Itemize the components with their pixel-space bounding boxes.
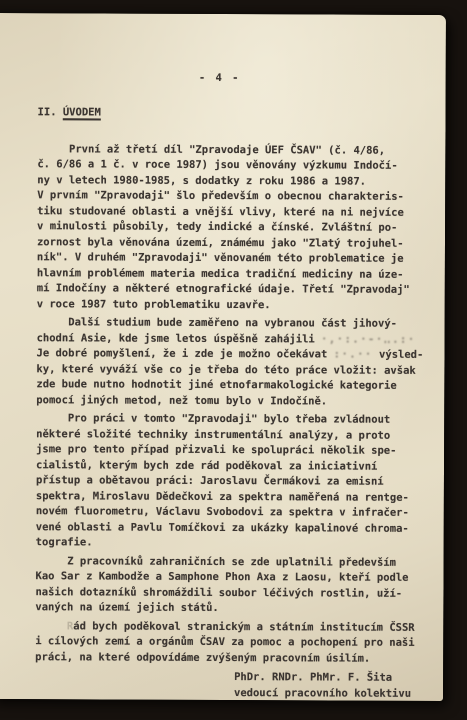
paragraph-5: Rád bych poděkoval stranickým a státním … — [35, 619, 435, 667]
text-line: Kao Sar z Kambodže a Samphone Phon Axa z… — [36, 569, 436, 586]
erased-text: ·,·:.·-·‥.:· — [321, 333, 416, 345]
section-heading-title: ÚVODEM — [63, 106, 101, 118]
text-segment: ád bych poděkoval stranickým a státním i… — [73, 620, 414, 633]
paragraph-4: Z pracovníků zahraničních se zde uplatni… — [35, 554, 435, 618]
text-line: č. 6/86 a 1 č. v roce 1987) jsou věnován… — [37, 157, 437, 174]
erased-text: :·.·· — [334, 348, 373, 360]
text-line: První až třetí díl "Zpravodaje ÚEF ČSAV"… — [37, 142, 437, 159]
text-line: novém fluorometru, Václavu Svobodovi za … — [36, 504, 436, 521]
signature-name: PhDr. RNDr. PhMr. F. Šita — [234, 670, 435, 686]
text-line: tiku studované oblasti a vnější vlivy, k… — [37, 204, 437, 221]
section-heading-number: II. — [38, 106, 63, 118]
text-segment: chodní Asie, kde jsme letos úspěšně zahá… — [37, 332, 322, 345]
text-segment — [35, 620, 67, 632]
text-line: v minulosti působily, tedy indické a čín… — [37, 219, 437, 236]
text-line: chodní Asie, kde jsme letos úspěšně zahá… — [37, 331, 437, 348]
text-line: v roce 1987 tuto problematiku uzavře. — [37, 297, 437, 314]
text-line: pomocí jiných metod, než tomu bylo v Ind… — [36, 393, 436, 410]
text-line: V prvním "Zpravodaji" šlo především o ob… — [37, 188, 437, 205]
text-line: tografie. — [36, 535, 436, 552]
text-line: vené oblasti a Pavlu Tomíčkovi za ukázky… — [36, 520, 436, 537]
text-line: spektra, Miroslavu Dědečkovi za spektra … — [36, 489, 436, 506]
text-line: hlavním problémem materia medica tradičn… — [37, 266, 437, 283]
paragraph-3: Pro práci v tomto "Zpravodaji" bylo třeb… — [36, 411, 437, 552]
text-line: našich dotazníků shromáždili soubor léči… — [35, 585, 435, 602]
text-line: ník". V druhém "Zpravodaji" věnovaném té… — [37, 250, 437, 267]
text-line: Je dobré pomyšlení, že i zde je možno oč… — [36, 346, 436, 363]
scan-background: { "colors": { "paper": "#e9e1ca", "ink":… — [0, 0, 467, 720]
paragraph-1: První až třetí díl "Zpravodaje ÚEF ČSAV"… — [37, 142, 438, 314]
text-line: ny v letech 1980-1985, s dodatky z roku … — [37, 173, 437, 190]
text-line: jsme pro tento případ přizvali ke spolup… — [36, 442, 436, 459]
text-line: přístup a obětavou práci: Jaroslavu Čerm… — [36, 473, 436, 490]
text-line: Z pracovníků zahraničních se zde uplatni… — [36, 554, 436, 571]
page-content: II. ÚVODEM První až třetí díl "Zpravodaj… — [35, 13, 438, 702]
signature-role: vedoucí pracovního kolektivu — [234, 686, 435, 702]
text-segment: výsled- — [373, 349, 424, 361]
document-page: - 4 - II. ÚVODEM První až třetí díl "Zpr… — [0, 13, 446, 701]
text-line: Pro práci v tomto "Zpravodaji" bylo třeb… — [36, 411, 436, 428]
text-line: vaných na území jejich států. — [35, 600, 435, 617]
signature-block: PhDr. RNDr. PhMr. F. Šita vedoucí pracov… — [234, 670, 435, 702]
text-line: zornost byla věnována území, známému jak… — [37, 235, 437, 252]
text-line: Další studium bude zaměřeno na vybranou … — [37, 315, 437, 332]
text-segment: Je dobré pomyšlení, že i zde je možno oč… — [36, 347, 333, 360]
text-line: některé složité techniky instrumentální … — [36, 427, 436, 444]
text-line: Rád bych poděkoval stranickým a státním … — [35, 619, 435, 636]
section-heading: II. ÚVODEM — [38, 105, 438, 122]
text-line: zde bude nutno hodnotit jiné etnofarmako… — [36, 377, 436, 394]
text-line: i cílových zemí a orgánům ČSAV za pomoc … — [35, 634, 435, 651]
paragraph-2: Další studium bude zaměřeno na vybranou … — [36, 315, 436, 410]
faint-character: R — [67, 620, 73, 632]
text-line: práci, na které odpovídáme zvýšeným prac… — [35, 650, 435, 667]
text-line: ky, které vyváží vše co je třeba do této… — [36, 362, 436, 379]
text-line: mí Indočíny a některé etnografické údaje… — [37, 281, 437, 298]
text-line: cialistů, kterým bych zde rád poděkoval … — [36, 458, 436, 475]
